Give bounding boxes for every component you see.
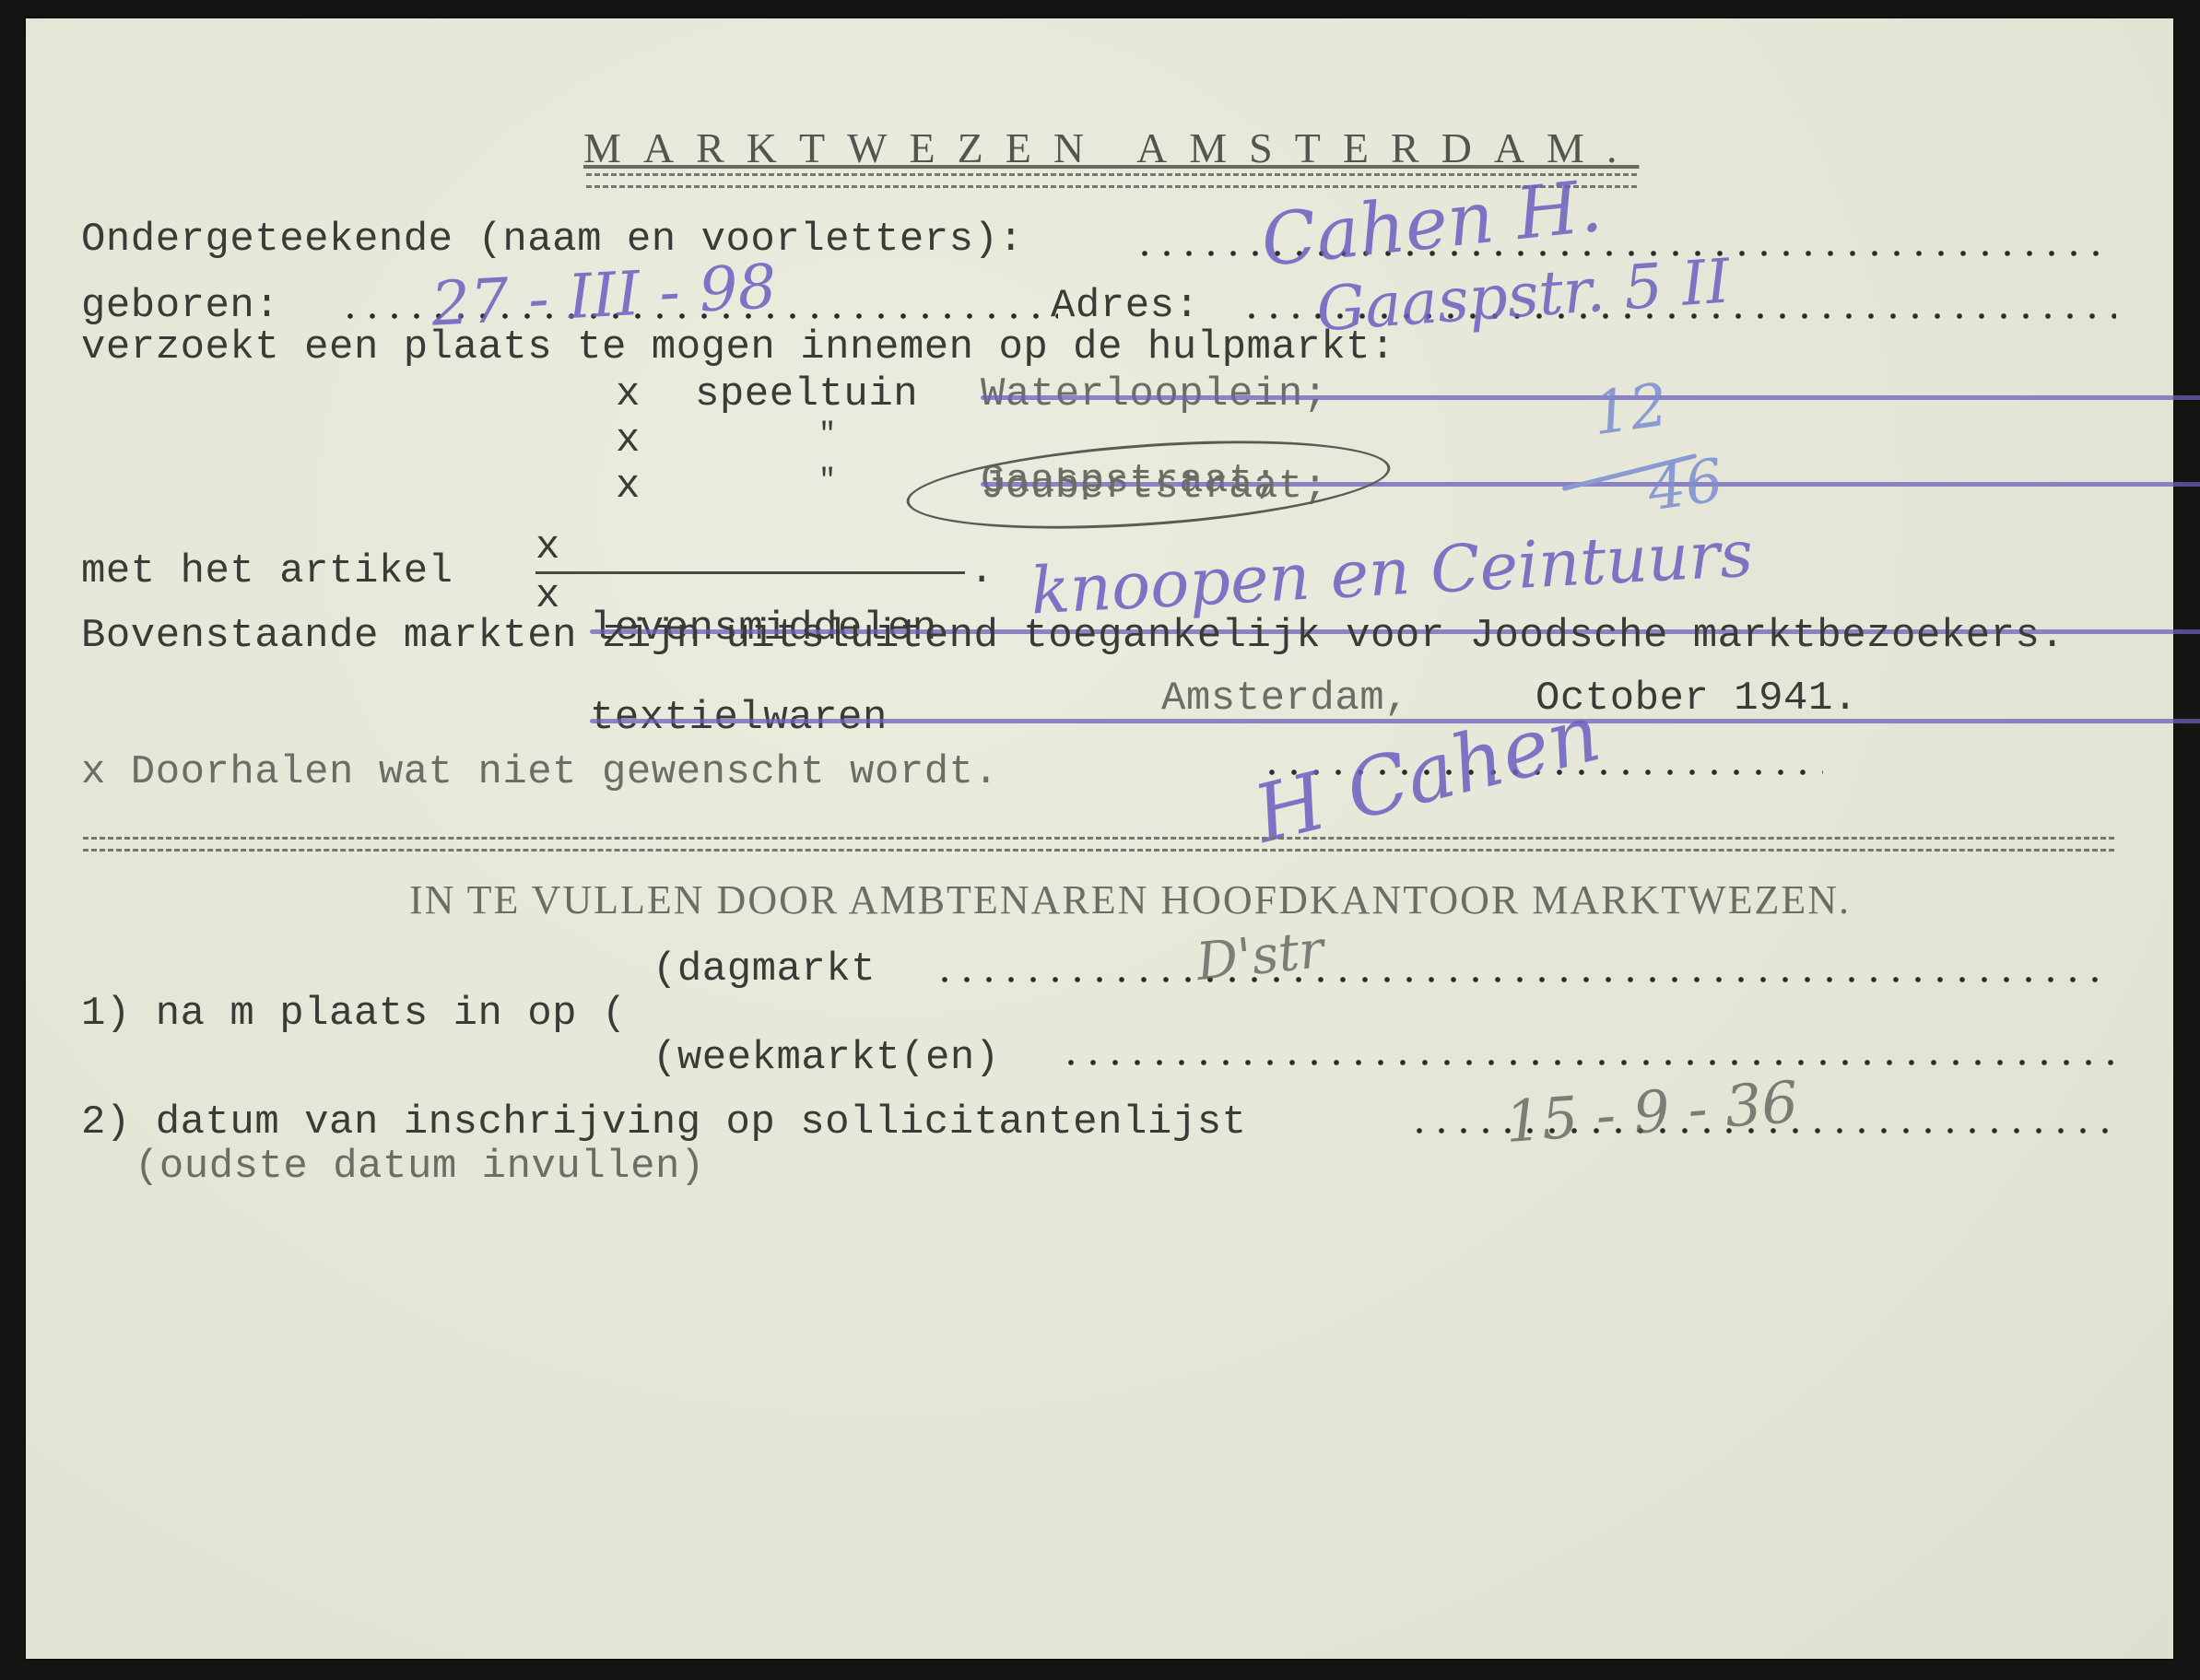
weekmarkt-label: (weekmarkt(en) [653, 1038, 1000, 1078]
name-label: Ondergeteekende (naam en voorletters): [81, 219, 1023, 260]
item1-label: 1) na m plaats in op ( [81, 993, 627, 1034]
born-label: geboren: [81, 286, 279, 326]
market-marker: x [616, 420, 641, 461]
notice-text: Bovenstaande markten zijn uitsluitend to… [81, 616, 2065, 656]
handwritten-fraction-bottom: 46 [1643, 447, 1727, 525]
office-section-heading: IN TE VULLEN DOOR AMBTENAREN HOOFDKANTOO… [409, 880, 1851, 921]
pencil-circle-mark [904, 428, 1394, 542]
item2-label: 2) datum van inschrijving op sollicitant… [81, 1102, 1247, 1143]
article-period: . [970, 551, 994, 592]
document-paper: MARKTWEZEN AMSTERDAM. Ondergeteekende (n… [26, 18, 2173, 1659]
market-list: x speeltuin Waterlooplein; x " Gaaspstra… [26, 18, 2173, 100]
market-marker: x [616, 374, 641, 415]
article-marker: x [535, 527, 560, 568]
dagmarkt-label: (dagmarkt [653, 949, 876, 990]
article-fraction-line [535, 571, 965, 574]
handwritten-fraction-top: 12 [1588, 371, 1672, 450]
handwritten-registration-date: 15 - 9 - 36 [1503, 1068, 1800, 1156]
footnote-text: x Doorhalen wat niet gewenscht wordt. [81, 752, 998, 793]
ditto-mark: " [818, 420, 837, 450]
dagmarkt-field-dots[interactable] [934, 977, 2113, 982]
address-label: Adres: [1051, 286, 1199, 326]
market-prefix: speeltuin [695, 374, 918, 415]
article-marker: x [535, 576, 560, 617]
request-text: verzoekt een plaats te mogen innemen op … [81, 327, 1395, 368]
section-double-rule [83, 837, 2114, 852]
document-title: MARKTWEZEN AMSTERDAM. [583, 127, 1639, 170]
article-label: met het artikel [81, 551, 453, 592]
item2-note: (oudste datum invullen) [135, 1146, 705, 1187]
market-marker: x [616, 466, 641, 507]
ditto-mark: " [818, 466, 837, 496]
place-city: Amsterdam, [1161, 678, 1409, 719]
weekmarkt-field-dots[interactable] [1060, 1060, 2113, 1065]
